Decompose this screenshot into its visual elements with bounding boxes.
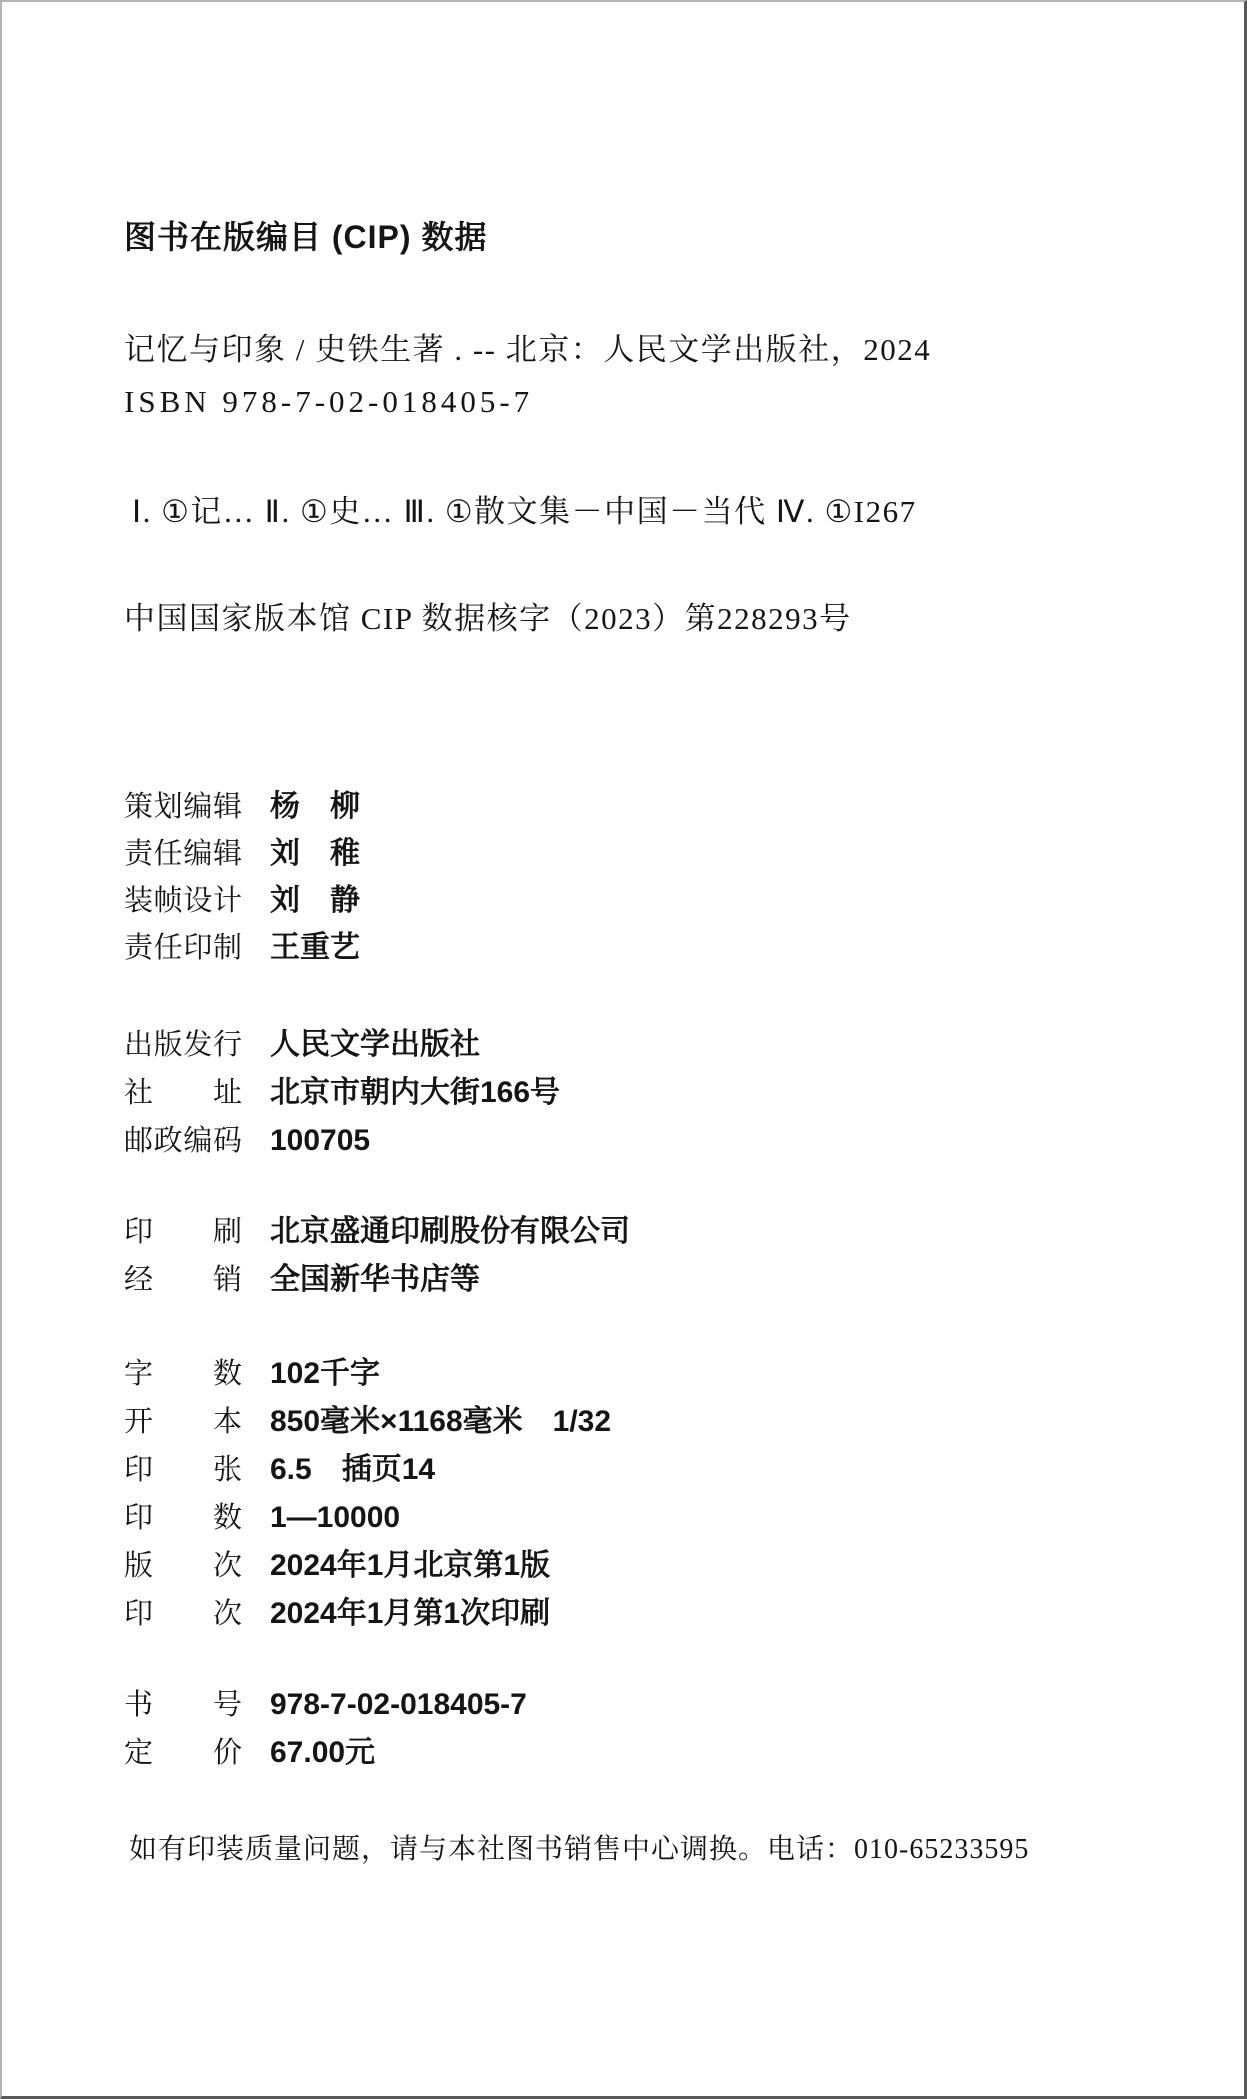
- specs-label: 印数: [124, 1494, 242, 1542]
- specs-row: 版次 2024年1月北京第1版: [124, 1542, 611, 1590]
- cip-title-line: 记忆与印象 / 史铁生著 . -- 北京：人民文学出版社，2024: [124, 334, 931, 365]
- specs-value: 1—10000: [270, 1494, 400, 1542]
- specs-value: 6.5 插页14: [270, 1446, 435, 1494]
- specs-block: 字数 102千字 开本 850毫米×1168毫米 1/32 印张 6.5 插页1…: [124, 1350, 611, 1638]
- publisher-label: 社址: [124, 1069, 242, 1117]
- printing-value: 全国新华书店等: [270, 1256, 480, 1304]
- cip-heading: 图书在版编目 (CIP) 数据: [124, 221, 487, 253]
- specs-row: 印次 2024年1月第1次印刷: [124, 1590, 611, 1638]
- cip-classification-line: Ⅰ. ①记… Ⅱ. ①史… Ⅲ. ①散文集－中国－当代 Ⅳ. ①I267: [132, 496, 917, 527]
- printing-block: 印刷 北京盛通印刷股份有限公司 经销 全国新华书店等: [124, 1208, 630, 1304]
- specs-row: 印数 1—10000: [124, 1494, 611, 1542]
- staff-name-value: 刘 稚: [270, 830, 360, 877]
- staff-row: 装帧设计 刘 静: [124, 877, 360, 924]
- staff-role-label: 责任印制: [124, 925, 242, 972]
- publisher-row: 邮政编码 100705: [124, 1117, 560, 1165]
- specs-value: 2024年1月第1次印刷: [270, 1590, 550, 1638]
- specs-label: 字数: [124, 1350, 242, 1398]
- printing-label: 印刷: [124, 1208, 242, 1256]
- pricing-row: 定价 67.00元: [124, 1729, 527, 1777]
- pricing-label: 书号: [124, 1681, 242, 1729]
- specs-row: 开本 850毫米×1168毫米 1/32: [124, 1398, 611, 1446]
- specs-label: 版次: [124, 1542, 242, 1590]
- pricing-label: 定价: [124, 1729, 242, 1777]
- specs-row: 字数 102千字: [124, 1350, 611, 1398]
- staff-row: 策划编辑 杨 柳: [124, 783, 360, 830]
- quality-notice: 如有印装质量问题，请与本社图书销售中心调换。电话：010-65233595: [129, 1836, 1029, 1864]
- cip-registration-line: 中国国家版本馆 CIP 数据核字（2023）第228293号: [124, 603, 852, 634]
- specs-label: 印次: [124, 1590, 242, 1638]
- specs-value: 2024年1月北京第1版: [270, 1542, 550, 1590]
- staff-name-value: 杨 柳: [270, 783, 360, 830]
- staff-row: 责任编辑 刘 稚: [124, 830, 360, 877]
- publisher-value: 人民文学出版社: [270, 1021, 480, 1069]
- staff-role-label: 责任编辑: [124, 831, 242, 878]
- printing-value: 北京盛通印刷股份有限公司: [270, 1208, 630, 1256]
- pricing-block: 书号 978-7-02-018405-7 定价 67.00元: [124, 1681, 527, 1777]
- printing-row: 印刷 北京盛通印刷股份有限公司: [124, 1208, 630, 1256]
- staff-role-label: 装帧设计: [124, 878, 242, 925]
- staff-name-value: 王重艺: [270, 924, 360, 971]
- printing-row: 经销 全国新华书店等: [124, 1256, 630, 1304]
- specs-value: 850毫米×1168毫米 1/32: [270, 1398, 611, 1446]
- staff-block: 策划编辑 杨 柳 责任编辑 刘 稚 装帧设计 刘 静 责任印制 王重艺: [124, 783, 360, 971]
- staff-row: 责任印制 王重艺: [124, 924, 360, 971]
- pricing-value: 67.00元: [270, 1729, 375, 1777]
- specs-label: 开本: [124, 1398, 242, 1446]
- publisher-label: 邮政编码: [124, 1117, 242, 1165]
- printing-label: 经销: [124, 1256, 242, 1304]
- pricing-value: 978-7-02-018405-7: [270, 1681, 527, 1729]
- specs-row: 印张 6.5 插页14: [124, 1446, 611, 1494]
- pricing-row: 书号 978-7-02-018405-7: [124, 1681, 527, 1729]
- publisher-block: 出版发行 人民文学出版社 社址 北京市朝内大街166号 邮政编码 100705: [124, 1021, 560, 1165]
- publisher-label: 出版发行: [124, 1021, 242, 1069]
- copyright-page: 图书在版编目 (CIP) 数据 记忆与印象 / 史铁生著 . -- 北京：人民文…: [0, 0, 1247, 2099]
- specs-value: 102千字: [270, 1350, 380, 1398]
- publisher-row: 出版发行 人民文学出版社: [124, 1021, 560, 1069]
- publisher-value: 100705: [270, 1117, 370, 1165]
- publisher-row: 社址 北京市朝内大街166号: [124, 1069, 560, 1117]
- staff-name-value: 刘 静: [270, 877, 360, 924]
- publisher-value: 北京市朝内大街166号: [270, 1069, 560, 1117]
- staff-role-label: 策划编辑: [124, 784, 242, 831]
- specs-label: 印张: [124, 1446, 242, 1494]
- cip-isbn-line: ISBN 978-7-02-018405-7: [124, 386, 533, 417]
